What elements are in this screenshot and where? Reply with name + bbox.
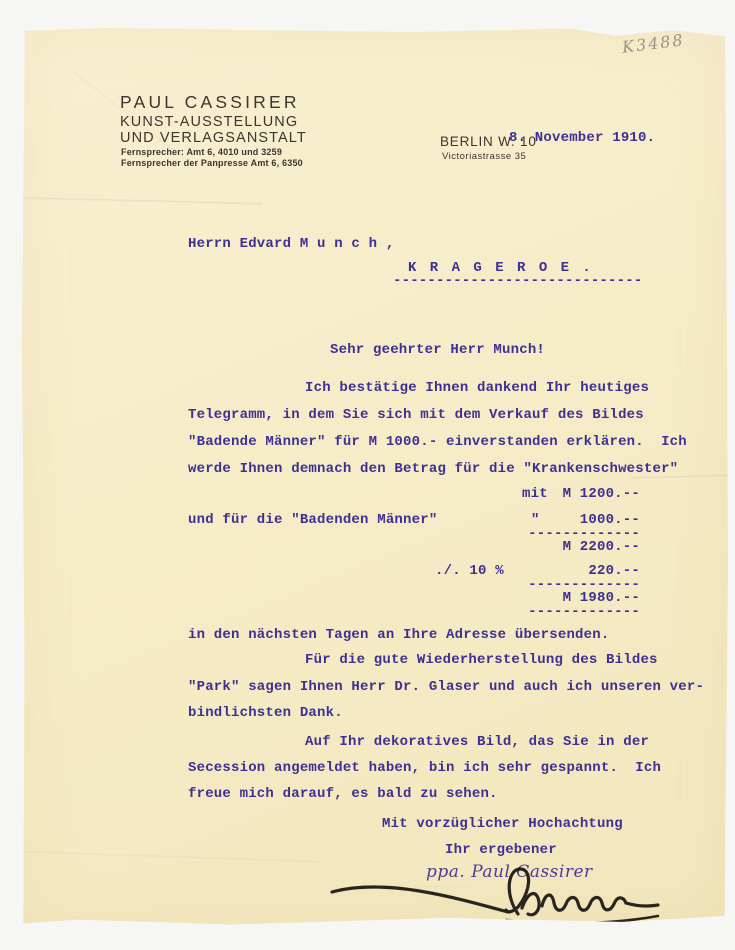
body-line: freue mich darauf, es bald zu sehen. [188,786,498,802]
body-line: "Park" sagen Ihnen Herr Dr. Glaser und a… [188,679,704,695]
sum-dash-rule: ------------- [508,604,640,620]
closing-yours: Ihr ergebener [445,842,557,858]
letterhead-line2: UND VERLAGSANSTALT [120,130,307,146]
letter-paper: K3488 PAUL CASSIRER KUNST-AUSSTELLUNG UN… [22,28,728,925]
sum-amount-1200: M 1200.-- [508,486,640,502]
sum-left-text: und für die "Badenden Männer" [188,512,437,528]
fold-crease [22,197,262,206]
recipient-name: Herrn Edvard M u n c h , [188,236,394,252]
signature-scrawl [322,858,672,943]
letterhead-street: Victoriastrasse 35 [442,151,526,162]
salutation: Sehr geehrter Herr Munch! [330,342,545,358]
letterhead-phone1: Fernsprecher: Amt 6, 4010 und 3259 [121,147,282,157]
body-line: bindlichsten Dank. [188,705,343,721]
letterhead-phone2: Fernsprecher der Panpresse Amt 6, 6350 [121,158,303,168]
body-line: Telegramm, in dem Sie sich mit dem Verka… [188,407,644,423]
body-line: werde Ihnen demnach den Betrag für die "… [188,461,678,477]
letter-date: 8. November 1910. [509,130,655,146]
body-line: in den nächsten Tagen an Ihre Adresse üb… [188,627,609,643]
letterhead-line1: KUNST-AUSSTELLUNG [120,114,298,130]
sum-subtotal: M 2200.-- [508,539,640,555]
body-line: Secession angemeldet haben, bin ich sehr… [188,760,661,776]
body-line: Für die gute Wiederherstellung des Bilde… [305,652,658,668]
recipient-underline: ----------------------------- [393,273,642,289]
body-line: Auf Ihr dekoratives Bild, das Sie in der [305,734,649,750]
letterhead-name: PAUL CASSIRER [120,92,300,113]
fold-crease [22,851,322,864]
body-line: Ich bestätige Ihnen dankend Ihr heutiges [305,380,649,396]
scanned-letter: K3488 PAUL CASSIRER KUNST-AUSSTELLUNG UN… [0,0,735,950]
pencil-archive-number: K3488 [621,30,686,56]
discount-label: ./. 10 % [435,563,504,579]
body-line: "Badende Männer" für M 1000.- einverstan… [188,434,687,450]
closing-regards: Mit vorzüglicher Hochachtung [382,816,623,832]
